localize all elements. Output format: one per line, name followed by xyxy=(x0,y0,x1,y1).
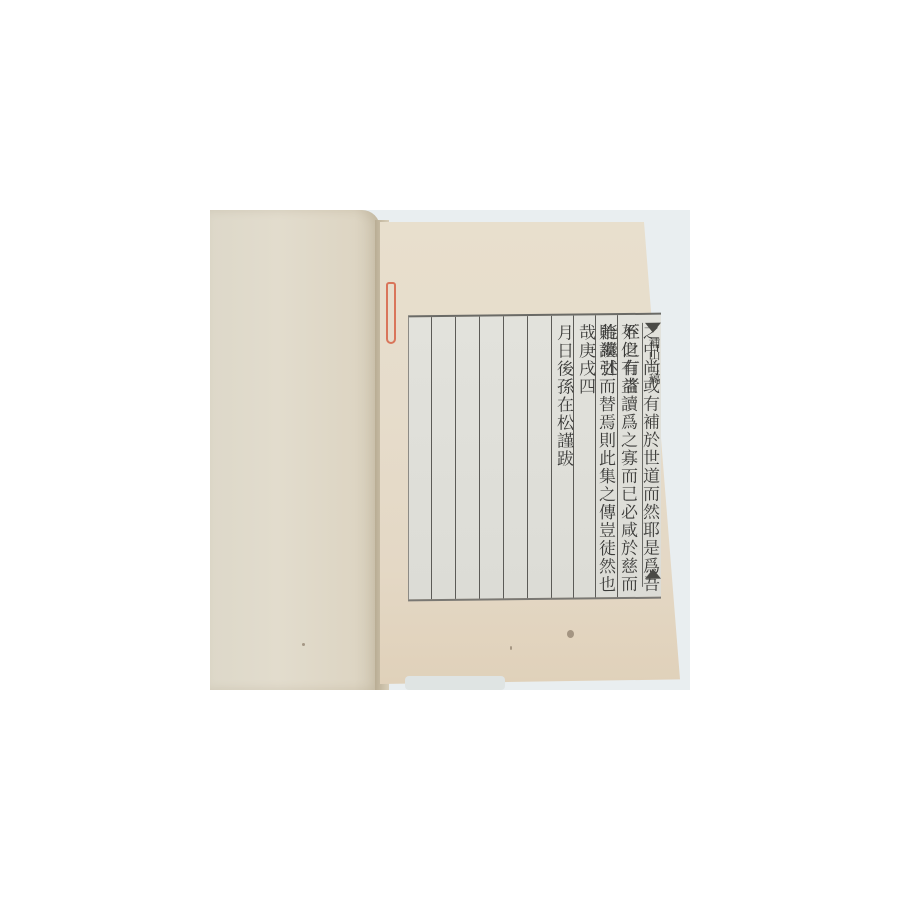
book-stand xyxy=(405,676,505,690)
binding-thread-icon xyxy=(386,282,396,344)
paper-stain xyxy=(567,630,574,638)
paper-stain xyxy=(510,646,512,650)
text-column-4: 月日後孫在松謹跋 xyxy=(553,324,573,468)
page-header-column: 補山亡稿 xyxy=(642,323,663,587)
paper-stain xyxy=(302,643,305,646)
printed-text-block: 之中尚或有補於世道而然耶是爲吾姪之有者 不但有益讀爲之寡而已必咸於慈而能繼述 貽… xyxy=(408,313,661,602)
fishtail-top-icon xyxy=(645,323,661,333)
book-title: 補山亡稿 xyxy=(646,337,663,385)
text-column-3: 貽謨引而替焉則此集之傳豈徒然也哉庚戌四 xyxy=(575,323,615,597)
book-photo: 之中尚或有補於世道而然耶是爲吾姪之有者 不但有益讀爲之寡而已必咸於慈而能繼述 貽… xyxy=(210,210,690,690)
left-page-blank xyxy=(210,210,380,690)
fishtail-bottom-icon xyxy=(645,569,661,579)
